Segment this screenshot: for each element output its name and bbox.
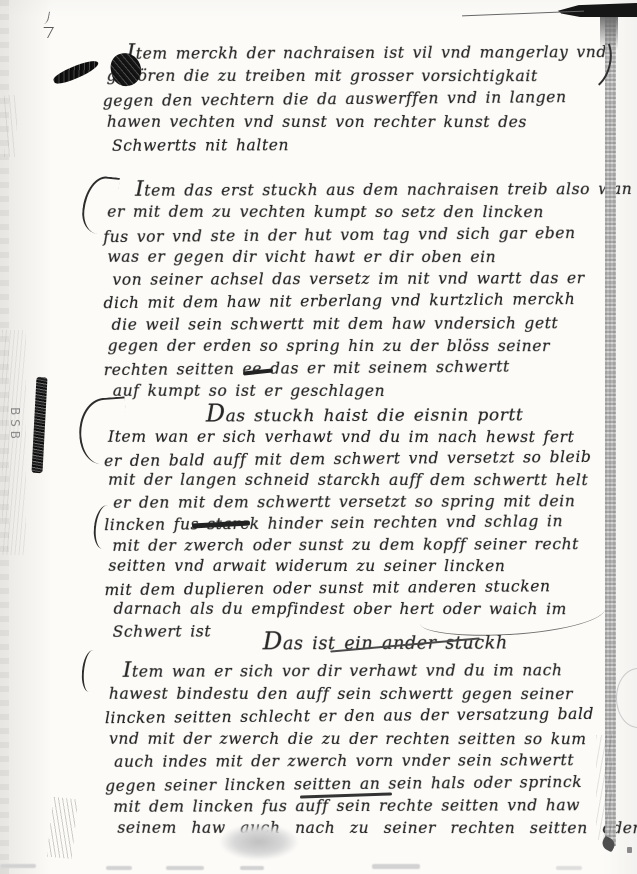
scan-binding-strip: [605, 14, 616, 846]
flourish-paragraph3: [77, 396, 129, 465]
flourish-paragraph2: [80, 174, 120, 235]
paragraph-p1: Item merckh der nachraisen ist vil vnd m…: [111, 39, 601, 158]
manuscript-line: vnd mit der zwerch die zu der rechten se…: [109, 727, 603, 750]
manuscript-line: fus vor vnd ste in der hut vom tag vnd s…: [103, 221, 601, 248]
manuscript-line: was er gegen dir vicht hawt er dir oben …: [107, 246, 601, 269]
scan-bottom-mark: [372, 864, 420, 869]
manuscript-page: Item merckh der nachraisen ist vil vnd m…: [0, 0, 637, 874]
pen-mark-corner: [41, 10, 50, 24]
text-block: Item merckh der nachraisen ist vil vnd m…: [111, 39, 604, 840]
scan-bottom-mark: [240, 866, 264, 870]
paragraph-p4: Item wan er sich vor dir verhawt vnd du …: [113, 659, 604, 841]
manuscript-line: mit der langen schneid starckh auff dem …: [108, 470, 602, 492]
scan-bottom-mark: [166, 866, 204, 870]
manuscript-line: gehören die zu treiben mit grosser vorsi…: [107, 65, 601, 88]
faint-arc-right: [616, 668, 637, 728]
manuscript-line: gegen der erden so spring hin zu der blö…: [108, 335, 602, 358]
manuscript-line: seinem haw auch nach zu seiner rechten s…: [117, 817, 603, 840]
scan-bottom-mark: [106, 866, 132, 870]
page-stain: [220, 824, 298, 860]
scan-black-band: [558, 3, 637, 17]
flourish-midpage: [92, 504, 118, 550]
ink-blot-margin: [52, 57, 101, 87]
pen-mark-squiggle: [38, 27, 54, 38]
manuscript-line: er mit dem zu vechten kumpt so setz den …: [107, 201, 601, 224]
manuscript-line: auf kumpt so ist er geschlagen: [113, 379, 602, 402]
manuscript-line: Item wan er sich vor dir verhawt vnd du …: [123, 659, 603, 684]
manuscript-line: gegen den vechtern die da auswerffen vnd…: [103, 86, 601, 113]
manuscript-line: lincken seitten schlecht er den aus der …: [105, 703, 603, 730]
manuscript-line: lincken fus starck hinder sein rechten v…: [104, 511, 602, 537]
manuscript-line: die weil sein schwertt mit dem haw vnder…: [112, 312, 602, 336]
scan-dot: [627, 847, 632, 853]
scan-left-streaks: [2, 330, 26, 555]
manuscript-line: seitten vnd arwait widerum zu seiner lin…: [108, 556, 602, 578]
scan-speckles-right: [596, 735, 612, 840]
scan-bottom-mark: [556, 866, 582, 870]
manuscript-line: mit dem duplieren oder sunst mit anderen…: [104, 576, 602, 602]
manuscript-line: mit dem lincken fus auff sein rechte sei…: [113, 794, 603, 818]
scan-scratch-top: [4, 95, 17, 157]
manuscript-line: Item das erst stuckh aus dem nachraisen …: [135, 177, 601, 202]
manuscript-line: Item wan er sich verhawt vnd du im nach …: [108, 427, 602, 449]
manuscript-line: mit der zwerch oder sunst zu dem kopff s…: [112, 534, 602, 557]
paragraph-p2: Item das erst stuckh aus dem nachraisen …: [111, 177, 602, 403]
flourish-paragraph4: [81, 649, 102, 692]
scan-bottom-mark: [0, 864, 36, 868]
manuscript-line: Item merckh der nachraisen ist vil vnd m…: [127, 39, 601, 66]
manuscript-line: hawen vechten vnd sunst von rechter kuns…: [107, 111, 601, 134]
manuscript-line: auch indes mit der zwerch vorn vnder sei…: [114, 749, 603, 773]
scan-scratch-bottom: [47, 797, 78, 859]
manuscript-line: dich mit dem haw nit erberlang vnd kurtz…: [103, 288, 601, 315]
manuscript-line: hawest bindestu den auff sein schwertt g…: [109, 683, 603, 706]
dark-tape-strip: [31, 377, 47, 473]
manuscript-line: er den bald auff mit dem schwert vnd ver…: [104, 447, 602, 473]
section-heading: Das stuckh haist die eisnin portt: [206, 402, 602, 428]
manuscript-line: rechten seitten ee das er mit seinem sch…: [104, 355, 602, 382]
manuscript-line: Schwertts nit halten: [112, 133, 601, 158]
